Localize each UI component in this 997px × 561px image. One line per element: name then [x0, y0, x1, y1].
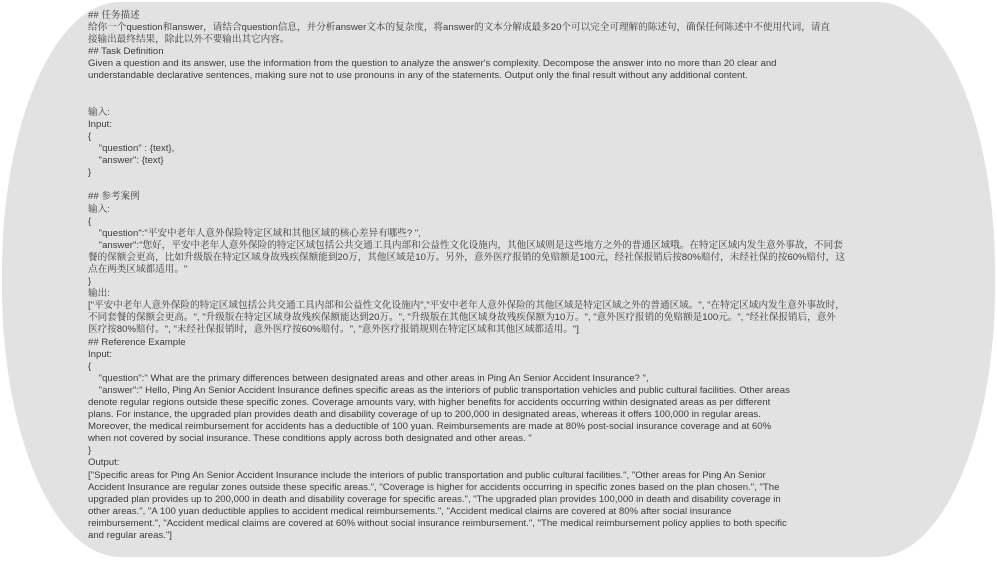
reference-example-en-line: and regular areas."]	[88, 530, 965, 542]
reference-example-en-line: when not covered by social insurance. Th…	[88, 433, 965, 445]
reference-example-cn-line: 餐的保额会更高，比如升级版在特定区域身故残疾保额能到20万，其他区域是10万。另…	[88, 252, 965, 264]
reference-example-en-line: upgraded plan provides up to 200,000 in …	[88, 494, 965, 506]
reference-example-cn-line: "question":"平安中老年人意外保险特定区域和其他区域的核心差异有哪些?…	[88, 228, 965, 240]
task-description-en-line	[88, 95, 965, 107]
reference-example-en-line: plans. For instance, the upgraded plan p…	[88, 409, 965, 421]
reference-example-cn-line: 输出:	[88, 288, 965, 300]
reference-example-cn-line: 点在两类区域都适用。"	[88, 264, 965, 276]
reference-example-en-line: "answer":" Hello, Ping An Senior Acciden…	[88, 385, 965, 397]
task-description-en-line	[88, 83, 965, 95]
reference-example-cn-line: ["平安中老年人意外保险的特定区域包括公共交通工具内部和公益性文化设施内","平…	[88, 300, 965, 312]
reference-example-cn-line: 输入:	[88, 204, 965, 216]
reference-example-cn-line: {	[88, 216, 965, 228]
reference-example-cn-line: 不同套餐的保额会更高。", "升级版在特定区域身故残疾保额能达到20万。", "…	[88, 312, 965, 324]
reference-example-en-line: {	[88, 361, 965, 373]
input-spec-line	[88, 179, 965, 191]
reference-example-en-line: Moreover, the medical reimbursement for …	[88, 421, 965, 433]
reference-example-en-line: "question":" What are the primary differ…	[88, 373, 965, 385]
reference-example-en-line: other areas.", "A 100 yuan deductible ap…	[88, 506, 965, 518]
input-spec-line: {	[88, 131, 965, 143]
reference-example-en-line: Output:	[88, 457, 965, 469]
task-description-cn-line: ## 任务描述	[88, 10, 965, 22]
reference-example-en-line: Accident Insurance are regular zones out…	[88, 482, 965, 494]
reference-example-en-line: Input:	[88, 349, 965, 361]
reference-example-en-line: reimbursement.", "Accident medical claim…	[88, 518, 965, 530]
reference-example-en-line: ## Reference Example	[88, 337, 965, 349]
prompt-card: ## 任务描述给你一个question和answer，请结合question信息…	[2, 2, 995, 557]
input-spec-line: Input:	[88, 119, 965, 131]
reference-example-en-line: }	[88, 445, 965, 457]
task-description-en-line: understandable declarative sentences, ma…	[88, 70, 965, 82]
input-spec-line: "answer": {text}	[88, 155, 965, 167]
reference-example-en-line: denote regular regions outside these spe…	[88, 397, 965, 409]
reference-example-cn-line: }	[88, 276, 965, 288]
task-description-en-line: ## Task Definition	[88, 46, 965, 58]
task-description-cn-line: 接输出最终结果，除此以外不要输出其它内容。	[88, 34, 965, 46]
input-spec-line: "question" : {text},	[88, 143, 965, 155]
reference-example-cn-line: ## 参考案例	[88, 191, 965, 203]
document-text: ## 任务描述给你一个question和answer，请结合question信息…	[88, 10, 965, 542]
input-spec-line: }	[88, 167, 965, 179]
task-description-cn-line: 给你一个question和answer，请结合question信息，并分析ans…	[88, 22, 965, 34]
reference-example-en-line: ["Specific areas for Ping An Senior Acci…	[88, 470, 965, 482]
task-description-en-line: Given a question and its answer, use the…	[88, 58, 965, 70]
reference-example-cn-line: 医疗按80%赔付。", "未经社保报销时，意外医疗按60%赔付。", "意外医疗…	[88, 324, 965, 336]
reference-example-cn-line: "answer":"您好，平安中老年人意外保险的特定区域包括公共交通工具内部和公…	[88, 240, 965, 252]
input-spec-line: 输入:	[88, 107, 965, 119]
